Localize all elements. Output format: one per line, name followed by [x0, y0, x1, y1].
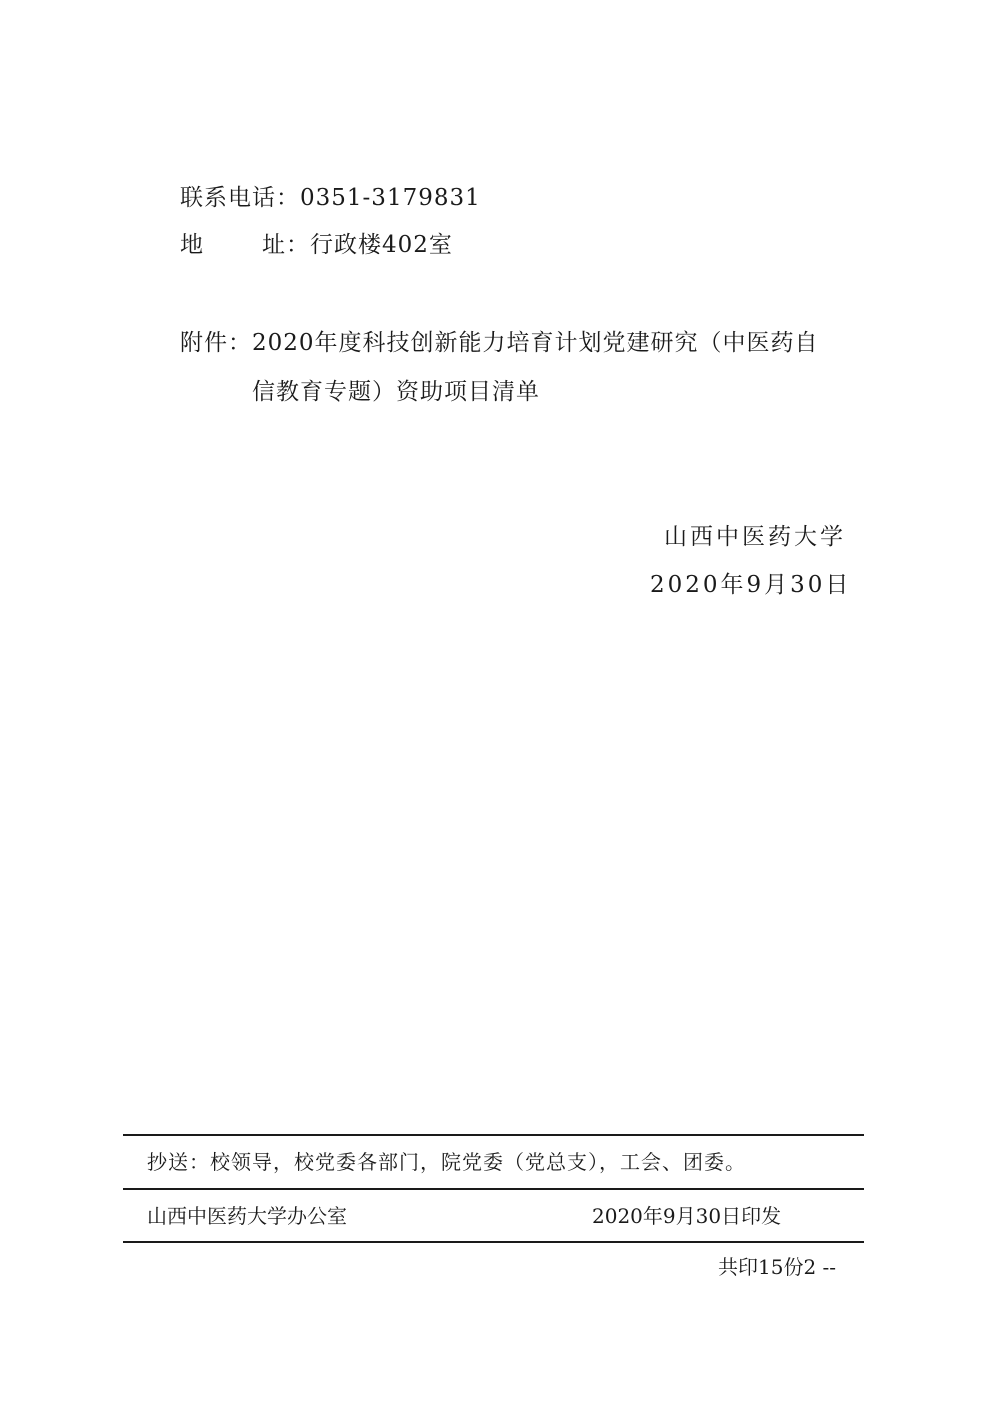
footer-middle-rule — [123, 1188, 864, 1190]
footer-issuer: 山西中医药大学办公室 — [147, 1203, 347, 1229]
attachment-line-2: 信教育专题）资助项目清单 — [252, 377, 540, 407]
contact-address: 地址：行政楼402室 — [180, 230, 453, 260]
footer-bottom-rule — [123, 1241, 864, 1243]
address-value: 行政楼402室 — [310, 232, 453, 258]
signature-organization: 山西中医药大学 — [664, 522, 846, 552]
address-label-2: 址： — [262, 232, 310, 258]
attachment-label: 附件： — [180, 330, 252, 356]
contact-phone: 联系电话：0351-3179831 — [180, 183, 481, 213]
attachment-line-1: 附件：2020年度科技创新能力培育计划党建研究（中医药自 — [180, 328, 819, 358]
footer-issue-date: 2020年9月30日印发 — [592, 1203, 781, 1229]
footer-cc: 抄送：校领导，校党委各部门，院党委（党总支），工会、团委。 — [147, 1149, 746, 1175]
phone-value: 0351-3179831 — [300, 185, 481, 211]
footer-top-rule — [123, 1134, 864, 1136]
phone-label: 联系电话： — [180, 185, 300, 211]
address-label-1: 地 — [180, 232, 204, 258]
copies-and-page-number: 共印15份2 -- — [718, 1254, 836, 1280]
attachment-title-1: 2020年度科技创新能力培育计划党建研究（中医药自 — [252, 330, 819, 356]
signature-date: 2020年9月30日 — [650, 570, 851, 600]
